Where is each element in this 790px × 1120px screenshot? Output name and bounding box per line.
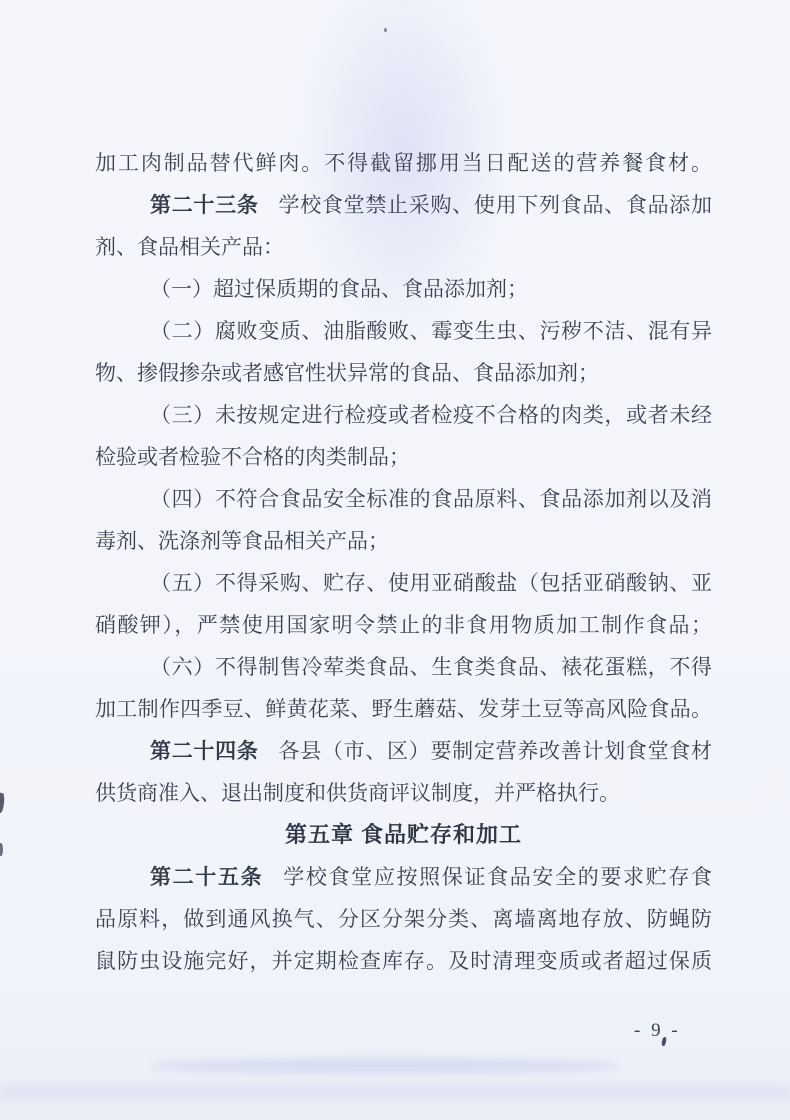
scan-edge-mark (0, 843, 3, 856)
scan-edge-mark (0, 793, 5, 813)
page-number: - 9 - (634, 1020, 681, 1042)
line-text: 硝酸钾），严禁使用国家明令禁止的非食用物质加工制作食品； (95, 613, 712, 637)
text-line: 第二十四条各县（市、区）要制定营养改善计划食堂食材 (95, 730, 712, 772)
line-text: 品原料，做到通风换气、分区分架分类、离墙离地存放、防蝇防 (95, 907, 712, 931)
line-text: 学校食堂禁止采购、使用下列食品、食品添加 (279, 193, 713, 217)
line-text: （二）腐败变质、油脂酸败、霉变生虫、污秽不洁、混有异 (150, 319, 712, 343)
text-line: 供货商准入、退出制度和供货商评议制度，并严格执行。 (95, 772, 712, 814)
line-text: 检验或者检验不合格的肉类制品； (95, 445, 410, 469)
chapter-heading: 第五章 食品贮存和加工 (95, 814, 712, 856)
document-body: 加工肉制品替代鲜肉。不得截留挪用当日配送的营养餐食材。 第二十三条学校食堂禁止采… (95, 142, 712, 982)
text-line: 物、掺假掺杂或者感官性状异常的食品、食品添加剂； (95, 352, 712, 394)
text-line: （五）不得采购、贮存、使用亚硝酸盐（包括亚硝酸钠、亚 (95, 562, 712, 604)
text-line: 硝酸钾），严禁使用国家明令禁止的非食用物质加工制作食品； (95, 604, 712, 646)
scan-smudge-bottom (150, 1058, 620, 1074)
line-text: （四）不符合食品安全标准的食品原料、食品添加剂以及消 (150, 487, 712, 511)
article-term: 第二十四条 (150, 739, 259, 763)
text-line: 毒剂、洗涤剂等食品相关产品； (95, 520, 712, 562)
text-line: （三）未按规定进行检疫或者检疫不合格的肉类，或者未经 (95, 394, 712, 436)
line-text: （一）超过保质期的食品、食品添加剂； (150, 277, 528, 301)
scan-speck (384, 28, 387, 32)
line-text: （三）未按规定进行检疫或者检疫不合格的肉类，或者未经 (150, 403, 712, 427)
line-text: 供货商准入、退出制度和供货商评议制度，并严格执行。 (95, 781, 620, 805)
line-text: 毒剂、洗涤剂等食品相关产品； (95, 529, 389, 553)
line-text: 加工制作四季豆、鲜黄花菜、野生蘑菇、发芽土豆等高风险食品。 (95, 697, 712, 721)
chapter-heading-text: 第五章 食品贮存和加工 (285, 822, 522, 847)
article-term: 第二十三条 (150, 193, 259, 217)
text-line: 第二十三条学校食堂禁止采购、使用下列食品、食品添加 (95, 184, 712, 226)
line-text: （六）不得制售冷荤类食品、生食类食品、裱花蛋糕，不得 (150, 655, 712, 679)
line-text: 学校食堂应按照保证食品安全的要求贮存食 (283, 865, 712, 889)
line-text: 加工肉制品替代鲜肉。不得截留挪用当日配送的营养餐食材。 (95, 151, 712, 175)
text-line: 加工肉制品替代鲜肉。不得截留挪用当日配送的营养餐食材。 (95, 142, 712, 184)
text-line: （四）不符合食品安全标准的食品原料、食品添加剂以及消 (95, 478, 712, 520)
text-line: 加工制作四季豆、鲜黄花菜、野生蘑菇、发芽土豆等高风险食品。 (95, 688, 712, 730)
line-text: （五）不得采购、贮存、使用亚硝酸盐（包括亚硝酸钠、亚 (150, 571, 712, 595)
text-line: 剂、食品相关产品： (95, 226, 712, 268)
text-line: （一）超过保质期的食品、食品添加剂； (95, 268, 712, 310)
text-line: 检验或者检验不合格的肉类制品； (95, 436, 712, 478)
text-line: 鼠防虫设施完好，并定期检查库存。及时清理变质或者超过保质 (95, 940, 712, 982)
text-line: 品原料，做到通风换气、分区分架分类、离墙离地存放、防蝇防 (95, 898, 712, 940)
line-text: 各县（市、区）要制定营养改善计划食堂食材 (279, 739, 713, 763)
text-line: （二）腐败变质、油脂酸败、霉变生虫、污秽不洁、混有异 (95, 310, 712, 352)
line-text: 剂、食品相关产品： (95, 235, 284, 259)
text-line: （六）不得制售冷荤类食品、生食类食品、裱花蛋糕，不得 (95, 646, 712, 688)
line-text: 物、掺假掺杂或者感官性状异常的食品、食品添加剂； (95, 361, 599, 385)
text-line: 第二十五条学校食堂应按照保证食品安全的要求贮存食 (95, 856, 712, 898)
line-text: 鼠防虫设施完好，并定期检查库存。及时清理变质或者超过保质 (95, 949, 712, 973)
article-term: 第二十五条 (150, 865, 263, 889)
scan-smudge-bottom-faint (0, 1086, 790, 1100)
scanned-document-page: 加工肉制品替代鲜肉。不得截留挪用当日配送的营养餐食材。 第二十三条学校食堂禁止采… (0, 0, 790, 1120)
